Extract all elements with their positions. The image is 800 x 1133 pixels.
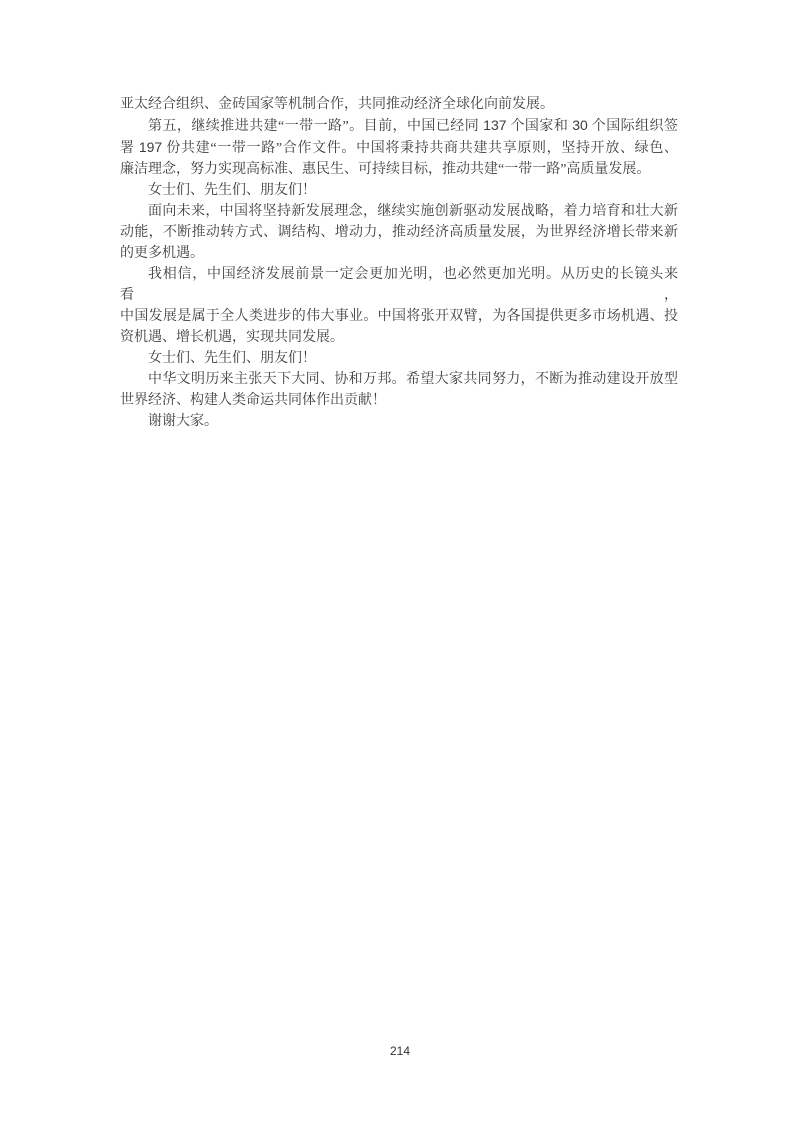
numeral: 197 [139,139,162,155]
page-number: 214 [0,1044,800,1059]
document-page: 亚太经合组织、金砖国家等机制合作，共同推动经济全球化向前发展。第五，继续推进共建… [0,0,800,1133]
text-line: 面向未来，中国将坚持新发展理念，继续实施创新驱动发展战略，着力培育和壮大新 [120,201,678,222]
numeral: 137 [483,117,506,133]
text-line: 我相信，中国经济发展前景一定会更加光明，也必然更加光明。从历史的长镜头来看， [120,264,678,306]
text-line: 中国发展是属于全人类进步的伟大事业。中国将张开双臂，为各国提供更多市场机遇、投 [120,306,678,327]
text-line: 第五，继续推进共建“一带一路”。目前，中国已经同 137 个国家和 30 个国际… [120,115,678,137]
numeral: 30 [572,117,588,133]
text-line: 的更多机遇。 [120,243,678,264]
text-line: 谢谢大家。 [120,411,678,432]
text-line: 中华文明历来主张天下大同、协和万邦。希望大家共同努力，不断为推动建设开放型 [120,369,678,390]
text-line: 女士们、先生们、朋友们！ [120,180,678,201]
text-line: 动能，不断推动转方式、调结构、增动力，推动经济高质量发展，为世界经济增长带来新 [120,222,678,243]
text-line: 署 197 份共建“一带一路”合作文件。中国将秉持共商共建共享原则，坚持开放、绿… [120,137,678,159]
text-line: 廉洁理念，努力实现高标准、惠民生、可持续目标，推动共建“一带一路”高质量发展。 [120,159,678,180]
document-body: 亚太经合组织、金砖国家等机制合作，共同推动经济全球化向前发展。第五，继续推进共建… [120,94,678,432]
text-line: 亚太经合组织、金砖国家等机制合作，共同推动经济全球化向前发展。 [120,94,678,115]
text-line: 世界经济、构建人类命运共同体作出贡献！ [120,390,678,411]
text-line: 资机遇、增长机遇，实现共同发展。 [120,327,678,348]
text-line: 女士们、先生们、朋友们！ [120,348,678,369]
